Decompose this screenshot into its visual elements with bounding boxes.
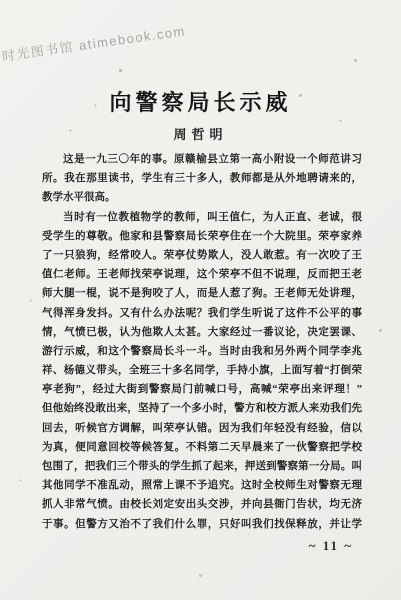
text-line: 回去，听候官方调解，叫荣亭认错。因为我们年轻没有经验，信以 [42, 419, 362, 438]
text-line: 这是一九三〇年的事。原赣榆县立第一高小附设一个师范讲习 [42, 150, 362, 169]
text-line: 受学生的尊敬。他家和县警察局长荣亭住在一个大院里。荣亭家养 [42, 227, 362, 246]
text-line: 于事。但警方又治不了我们什么罪，只好叫我们找保释放，并让学 [42, 515, 362, 534]
text-line: 抓人非常气愤。由校长刘定安出头交涉，并向县衙门告状，均无济 [42, 495, 362, 514]
text-line: 为真，便同意回校等候答复。不料第二天早晨来了一伙警察把学校 [42, 438, 362, 457]
author-name: 周哲明 [0, 124, 401, 143]
body-text: 这是一九三〇年的事。原赣榆县立第一高小附设一个师范讲习所。我在那里读书，学生有三… [42, 150, 362, 534]
text-line: 但他始终没敢出来，坚持了一个多小时，警方和校方派人来劝我们先 [42, 399, 362, 418]
page-title: 向警察局长示威 [0, 86, 401, 117]
text-line: 了一只狼狗，经常咬人。荣亭仗势欺人，没人敢惹。有一次咬了王 [42, 246, 362, 265]
text-line: 其他同学不准乱动，照常上课不予追究。这时全校师生对警察无理 [42, 476, 362, 495]
text-line: 师大腿一棍，说不是狗咬了人，而是人惹了狗。王老师无处讲理， [42, 284, 362, 303]
page-number: ~ 11 ~ [309, 538, 353, 554]
text-line: 教学水平很高。 [42, 188, 362, 207]
text-line: 值仁老师。王老师找荣亭说理，这个荣亭不但不说理，反而把王老 [42, 265, 362, 284]
scanned-page: 时光图书馆 atimebook.com 向警察局长示威 周哲明 这是一九三〇年的… [0, 0, 401, 600]
scan-noise [0, 0, 1, 1]
text-line: 气得浑身发抖。又有什么办法呢？我们学生听说了这件不公平的事 [42, 304, 362, 323]
text-line: 所。我在那里读书，学生有三十多人，教师都是从外地聘请来的， [42, 169, 362, 188]
watermark: 时光图书馆 atimebook.com [1, 14, 231, 65]
text-line: 包围了，把我们三个带头的学生抓了起来，押送到警察第一分局。叫 [42, 457, 362, 476]
text-line: 游行示威，和这个警察局长斗一斗。当时由我和另外两个同学李兆 [42, 342, 362, 361]
text-line: 当时有一位教植物学的教师，叫王值仁，为人正直、老诚，很 [42, 208, 362, 227]
text-line: 情，气愤已极，认为他欺人太甚。大家经过一番议论，决定罢课、 [42, 323, 362, 342]
text-line: 祥、杨德义带头，全班三十多名同学，手持小旗，上面写着“打倒荣 [42, 361, 362, 380]
text-line: 亭老狗”，经过大街到警察局门前喊口号，高喊“荣亭出来评理！” [42, 380, 362, 399]
